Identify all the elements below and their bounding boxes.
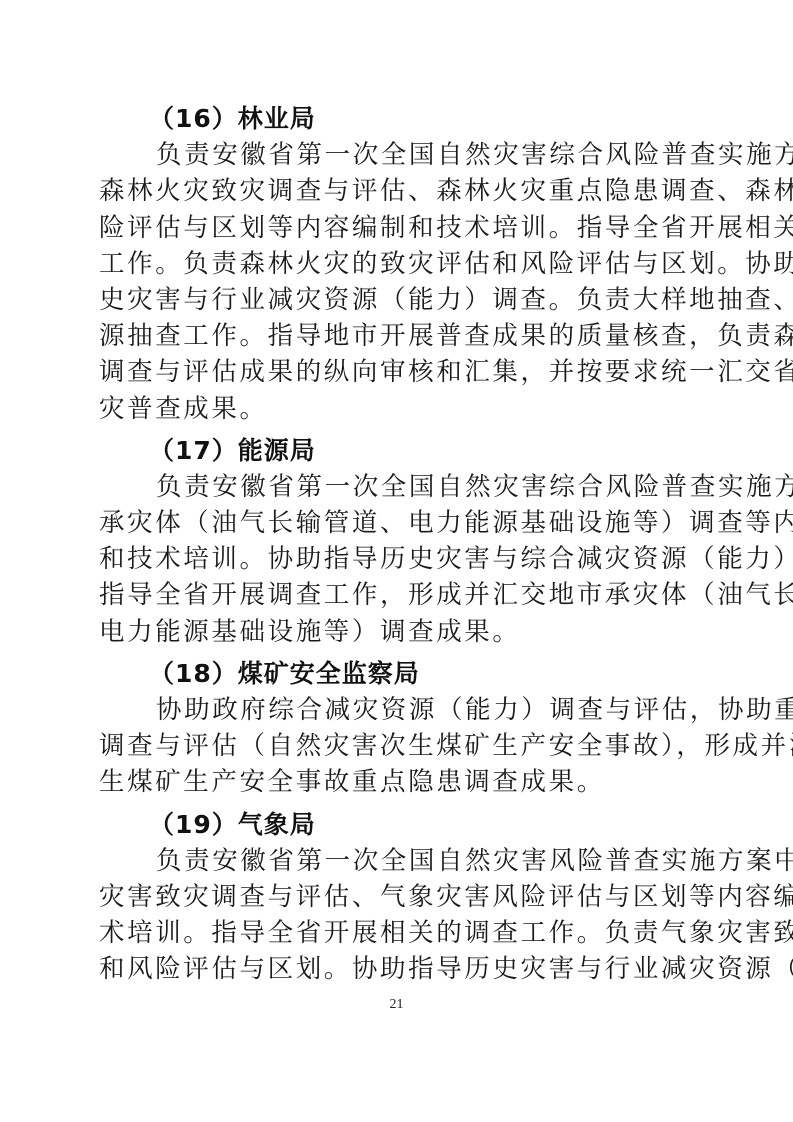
paragraph-line: 灾害致灾调查与评估、气象灾害风险评估与区划等内容编制和技 [99,879,699,915]
paragraph-line: 指导全省开展调查工作，形成并汇交地市承灾体（油气长输管道、 [99,577,699,613]
paragraph-line: 负责安徽省第一次全国自然灾害综合风险普查实施方案中 [99,137,699,173]
section-heading-19: （19）气象局 [99,807,699,843]
paragraph-line: 负责安徽省第一次全国自然灾害综合风险普查实施方案中 [99,469,699,505]
paragraph-line: 和风险评估与区划。协助指导历史灾害与行业减灾资源（能力） [99,951,699,987]
paragraph-line: 源抽查工作。指导地市开展普查成果的质量核查，负责森林火灾 [99,318,699,354]
section-heading-17: （17）能源局 [99,433,699,469]
paragraph-line: 和技术培训。协助指导历史灾害与综合减灾资源（能力）调查。 [99,541,699,577]
paragraph-line: 灾普查成果。 [99,391,699,427]
paragraph-line: 调查与评估（自然灾害次生煤矿生产安全事故），形成并汇交次 [99,728,699,764]
paragraph-line: 调查与评估成果的纵向审核和汇集，并按要求统一汇交省森林火 [99,354,699,390]
paragraph-line: 险评估与区划等内容编制和技术培训。指导全省开展相关的调查 [99,210,699,246]
paragraph-line: 术培训。指导全省开展相关的调查工作。负责气象灾害致灾评估 [99,915,699,951]
page-content: （16）林业局 负责安徽省第一次全国自然灾害综合风险普查实施方案中 森林火灾致灾… [99,101,699,988]
document-page: （16）林业局 负责安徽省第一次全国自然灾害综合风险普查实施方案中 森林火灾致灾… [0,0,793,1122]
paragraph-line: 森林火灾致灾调查与评估、森林火灾重点隐患调查、森林火灾风 [99,173,699,209]
paragraph-line: 协助政府综合减灾资源（能力）调查与评估，协助重点隐患 [99,692,699,728]
paragraph-line: 工作。负责森林火灾的致灾评估和风险评估与区划。协助指导历 [99,246,699,282]
paragraph-line: 负责安徽省第一次全国自然灾害风险普查实施方案中气象 [99,843,699,879]
paragraph-line: 电力能源基础设施等）调查成果。 [99,614,699,650]
section-heading-16: （16）林业局 [99,101,699,137]
paragraph-line: 承灾体（油气长输管道、电力能源基础设施等）调查等内容编制 [99,505,699,541]
paragraph-line: 生煤矿生产安全事故重点隐患调查成果。 [99,764,699,800]
paragraph-line: 史灾害与行业减灾资源（能力）调查。负责大样地抽查、野外火 [99,282,699,318]
section-heading-18: （18）煤矿安全监察局 [99,656,699,692]
page-number: 21 [0,997,793,1013]
